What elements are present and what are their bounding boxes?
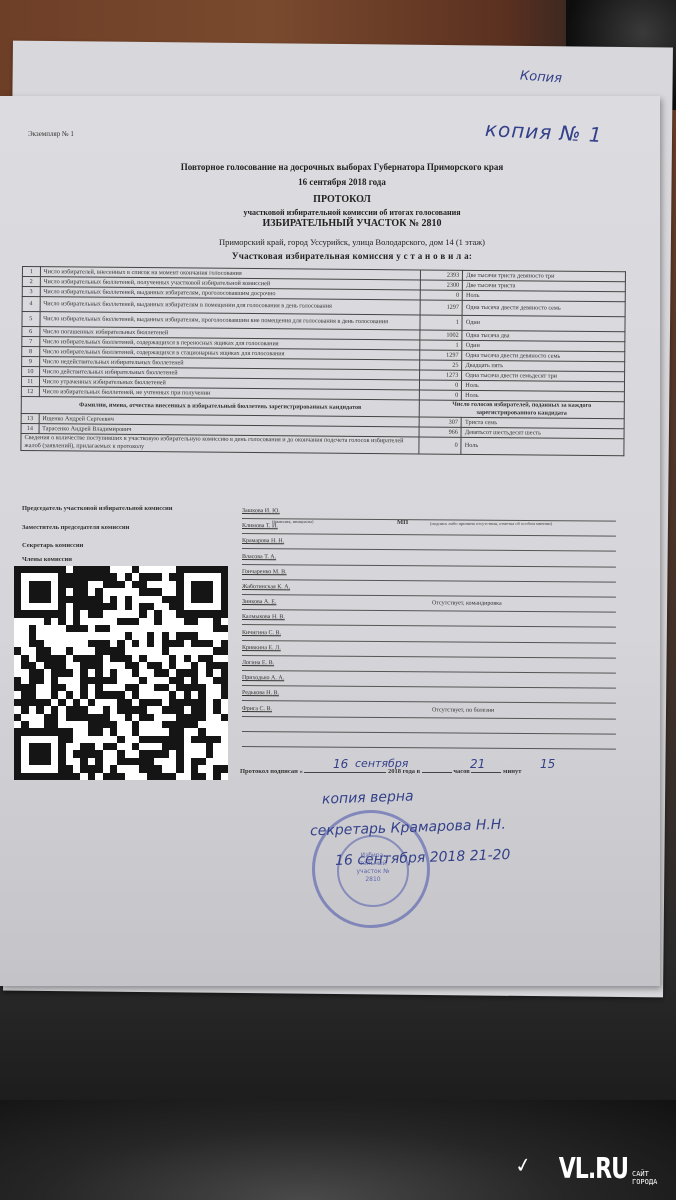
secretary-label: Секретарь комиссии [22, 542, 83, 549]
row-number: 3 [22, 287, 40, 297]
row-number: 11 [21, 377, 39, 387]
watermark-sub: САЙТ ГОРОДА [632, 1170, 662, 1186]
signature-row: Гончаренко М. В. [242, 569, 616, 583]
signed-hour: 21 [470, 757, 485, 771]
row-number: 5 [22, 312, 40, 327]
member-name: Зашкова И. Ю. [242, 508, 280, 514]
row-value: 0 [420, 290, 463, 300]
row-value: 0 [419, 390, 462, 400]
row-value: 2300 [420, 280, 463, 290]
member-name: Кривкина Е. Л. [242, 645, 281, 651]
member-name: Власова Т. А. [242, 554, 276, 560]
row-value: 1 [420, 315, 463, 330]
member-name: Фрига С. В. [242, 706, 272, 712]
row-value: 1 [420, 340, 463, 350]
row-number: 12 [21, 386, 39, 396]
watermark-logo: ✓ VL.RU САЙТ ГОРОДА [559, 1161, 662, 1186]
row-number: 14 [21, 423, 39, 433]
signed-day: 16 [333, 757, 348, 771]
watermark-main: VL.RU [559, 1154, 628, 1187]
minutes-label: минут [503, 768, 521, 775]
signed-minute: 15 [540, 757, 555, 771]
protocol-heading: ПРОТОКОЛ [12, 194, 672, 205]
member-name: Крамарова Н. Н. [242, 538, 284, 544]
complaints-value: 0 [419, 437, 462, 454]
candidate-votes: 307 [419, 417, 462, 427]
row-value-words: Один [462, 315, 625, 331]
row-value: 25 [419, 360, 462, 370]
signature-row: Фрига С. В.Отсутствует, по болезни [242, 706, 616, 720]
row-number: 7 [22, 337, 40, 347]
complaints-value-words: Ноль [461, 437, 624, 455]
copy-number-label: Экземпляр № 1 [28, 130, 74, 138]
member-name: Климова Т. И. [242, 523, 278, 529]
precinct-address: Приморский край, город Уссурийск, улица … [22, 237, 676, 247]
row-number: 2 [22, 277, 40, 287]
row-number: 10 [22, 367, 40, 377]
row-value: 0 [419, 380, 462, 390]
row-value: 1297 [420, 300, 463, 315]
row-number: 1 [22, 267, 40, 277]
member-name: Калмыкова Н. В. [242, 614, 285, 620]
signature-row [242, 721, 616, 735]
row-value: 2393 [420, 270, 463, 280]
candidates-header-right: Число голосов избирателей, поданных за к… [419, 400, 624, 419]
certification-line-1: копия верна [322, 788, 414, 807]
deputy-label: Заместитель председателя комиссии [22, 524, 129, 531]
row-number: 9 [22, 357, 40, 367]
candidate-votes: 966 [419, 427, 462, 437]
member-name: Приходько А. А. [242, 675, 284, 681]
signature-row: Кривкина Е. Л. [242, 645, 616, 659]
member-status: Отсутствует, командировка [432, 601, 502, 607]
election-date: 16 сентября 2018 года [12, 177, 672, 187]
row-number: 13 [21, 413, 39, 423]
row-number: 4 [22, 297, 40, 312]
signed-prefix: Протокол подписан « [240, 768, 303, 775]
complaints-label: Сведения о количестве поступивших в учас… [21, 433, 419, 453]
results-table: 1Число избирателей, внесенных в список н… [20, 266, 626, 456]
signed-month: сентября [355, 757, 408, 770]
row-number: 8 [22, 347, 40, 357]
member-name: Кичигина С. В. [242, 630, 281, 636]
back-sheet-handwriting: Копия [520, 69, 563, 87]
chair-label: Председатель участковой избирательной ко… [22, 505, 173, 512]
established-heading: Участковая избирательная комиссия у с т … [22, 251, 676, 261]
hours-label: часов [453, 768, 469, 775]
protocol-subtitle: участковой избирательной комиссии об ито… [22, 208, 676, 217]
member-name: Жаботинская К. А. [242, 584, 290, 590]
signature-row: Власова Т. А. [242, 554, 616, 568]
precinct-number: ИЗБИРАТЕЛЬНЫЙ УЧАСТОК № 2810 [22, 218, 676, 229]
row-value: 1002 [420, 330, 463, 340]
signature-row: Кичигина С. В. [242, 630, 616, 644]
member-name: Зинкова А. Е. [242, 599, 276, 605]
row-number: 6 [22, 327, 40, 337]
members-label: Члены комиссии [22, 556, 72, 563]
row-value: 1297 [420, 350, 463, 360]
member-name: Гончаренко М. В. [242, 569, 287, 575]
row-value: 1273 [419, 370, 462, 380]
election-title: Повторное голосование на досрочных выбор… [12, 162, 672, 172]
member-name: Логина Е. В. [242, 660, 274, 666]
member-name: Редькова Н. В. [242, 690, 279, 696]
row-value-words: Одна тысяча двести девяносто семь [462, 300, 625, 316]
qr-code [14, 566, 228, 780]
member-status: Отсутствует, по болезни [432, 707, 494, 713]
